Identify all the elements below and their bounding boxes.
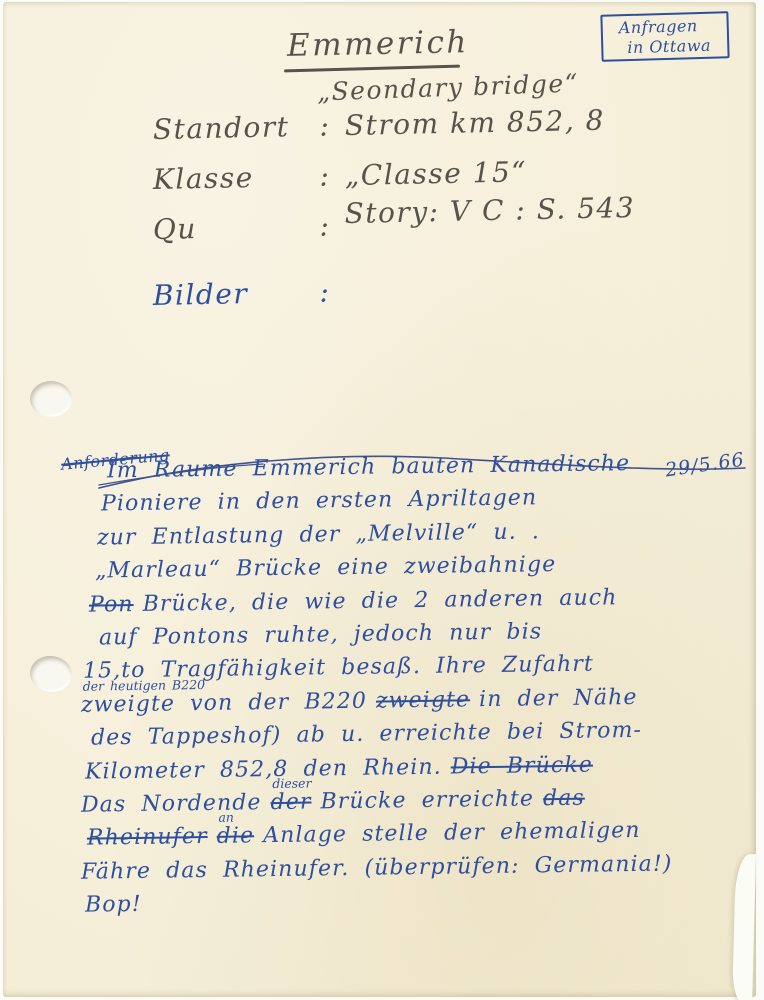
interlinear-insertion: dieser [272, 777, 311, 790]
field-row-bilder: Bilder: [153, 269, 636, 329]
field-label: Bilder [153, 276, 306, 329]
text-segment: auf Pontons ruhte, jedoch nur bis [99, 619, 543, 650]
field-label: Standort [153, 110, 306, 163]
field-row-qu: Qu:Story: V C : S. 543 [153, 203, 636, 263]
text-segment: Das Nordende [81, 790, 262, 818]
struck-text-segment: zweigte [376, 687, 470, 713]
stamp-box-anfragen-in-ottawa: Anfragen in Ottawa [600, 11, 729, 62]
stamp-line-2: in Ottawa [619, 35, 728, 58]
interlinear-insertion: an [218, 812, 234, 825]
text-segment: Anlage stelle der ehemaligen [263, 818, 641, 848]
title-underline [284, 65, 460, 73]
text-segment: Brücke erreichte [320, 786, 534, 814]
field-value: Strom km 852, 8 [344, 104, 605, 159]
field-list: Standort:Strom km 852, 8Klasse:„Classe 1… [153, 108, 636, 324]
handwritten-paragraph: Im Raume Emmerich bauten KanadischePioni… [81, 454, 757, 921]
text-segment: Im Raume Emmerich bauten Kanadische [107, 451, 631, 483]
field-colon: : [304, 209, 345, 260]
text-segment: zur Entlastung der „Melville“ u. . [97, 519, 540, 550]
text-segment: zweigte von der B220der heutigen B220 [81, 688, 367, 717]
field-label: Qu [153, 210, 306, 263]
field-colon: : [304, 159, 345, 210]
field-colon: : [304, 109, 345, 160]
struck-text-segment: das [543, 786, 585, 812]
struck-text-segment: Pon [89, 592, 134, 618]
struck-text-segment: derdieser [270, 789, 311, 815]
interlinear-insertion: der heutigen B220 [83, 679, 206, 693]
text-segment: Kilometer 852,8 den Rhein. [85, 754, 442, 784]
text-segment: Pioniere in den ersten Apriltagen [101, 486, 538, 517]
page-subtitle: „Seondary bridge“ [317, 68, 580, 106]
text-segment: „Marleau“ Brücke eine zweibahnige [95, 552, 557, 583]
field-value: Story: V C : S. 543 [344, 191, 636, 247]
page-title: Emmerich [287, 24, 470, 64]
struck-text-segment: diean [217, 824, 255, 850]
struck-text-segment: Die Brücke [451, 752, 594, 779]
field-colon: : [304, 275, 345, 326]
text-segment: in der Nähe [479, 685, 638, 712]
paper-sheet: Anfragen in Ottawa Emmerich „Seondary br… [3, 2, 756, 997]
punch-hole-bottom [28, 653, 75, 694]
field-label: Klasse [153, 160, 306, 213]
punch-hole-top [30, 381, 72, 417]
text-segment: Bop! [85, 892, 142, 918]
struck-text-segment: Rheinufer [87, 824, 208, 851]
